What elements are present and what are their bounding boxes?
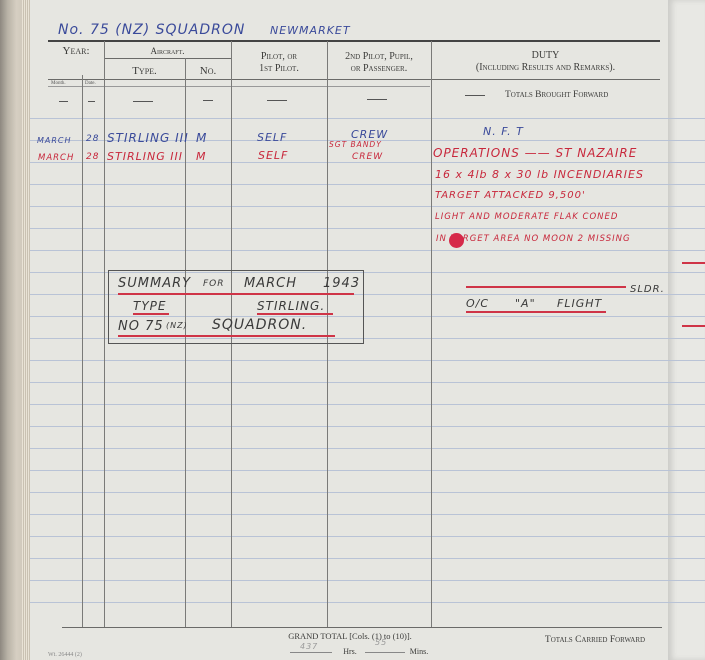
month-date-rule: [48, 86, 430, 87]
summary-type-value: STIRLING.: [257, 299, 325, 313]
mins-line: [365, 652, 405, 653]
signature-line: [466, 286, 626, 288]
month-header: Month.: [51, 81, 66, 86]
col-divider-date: [104, 41, 105, 627]
no-header: No.: [185, 65, 231, 77]
next-page-edge: [668, 0, 705, 660]
summary-for: FOR: [203, 279, 225, 289]
entry-2-month: MARCH: [38, 153, 74, 163]
station-heading: NEWMARKET: [270, 24, 351, 37]
totals-brought-forward: Totals Brought Forward: [505, 89, 655, 101]
aircraft-header: Aircraft.: [104, 45, 231, 57]
summary-underline-3: [118, 335, 335, 337]
ink-blot: [449, 233, 464, 248]
entry-2-duty: OPERATIONS —— ST NAZAIRE: [433, 146, 637, 160]
second-pilot-header-line1: 2nd Pilot, Pupil,: [327, 51, 431, 63]
grand-total-label: GRAND TOTAL [Cols. (1) to (10)].: [260, 630, 440, 642]
year-header: Year:: [48, 45, 104, 57]
entry-2-type: STIRLING III: [107, 150, 183, 163]
col-divider-month: [82, 75, 83, 627]
entry-2-passenger: CREW: [352, 152, 383, 162]
remark-target-attacked: TARGET ATTACKED 9,500': [435, 190, 586, 201]
remark-flak: LIGHT AND MODERATE FLAK CONED: [435, 212, 618, 222]
summary-type-label: TYPE: [133, 299, 166, 313]
second-pilot-header: 2nd Pilot, Pupil, or Passenger.: [327, 51, 431, 75]
signature-flight: FLIGHT: [557, 297, 602, 310]
second-pilot-header-line2: or Passenger.: [327, 63, 431, 75]
summary-squadron-label: SQUADRON.: [212, 317, 307, 333]
entry-2-pilot: SELF: [258, 149, 288, 162]
dash: [59, 101, 68, 102]
entry-2-date: 28: [86, 152, 99, 162]
next-page-mark: [682, 325, 705, 327]
summary-label: SUMMARY: [118, 276, 191, 291]
summary-month: MARCH: [244, 276, 297, 291]
summary-squadron-no: NO 75: [118, 319, 164, 334]
summary-underline-2a: [133, 313, 169, 315]
pilot-header-line1: Pilot, or: [231, 51, 327, 63]
hrs-line: [290, 652, 332, 653]
hrs-label: Hrs.: [338, 646, 362, 658]
totals-carried-forward: Totals Carried Forward: [520, 634, 670, 646]
pilot-header-line2: 1st Pilot.: [231, 63, 327, 75]
entry-1-type: STIRLING III: [107, 131, 189, 145]
col-divider-passenger: [431, 41, 432, 627]
remark-bomb-load: 16 x 4lb 8 x 30 lb INCENDIARIES: [435, 168, 644, 181]
duty-header: DUTY (Including Results and Remarks).: [431, 50, 660, 74]
dash: [465, 95, 485, 96]
grand-total-mins: 55: [375, 638, 387, 647]
entry-1-date: 28: [86, 134, 99, 144]
next-page-mark: [682, 262, 705, 264]
dash: [133, 101, 153, 102]
signature-rank: SLDR.: [630, 284, 665, 295]
footer-rule: [62, 627, 662, 628]
signature-oc: O/C: [466, 297, 489, 310]
entry-1-month: MARCH: [37, 136, 72, 145]
summary-year: 1943: [323, 276, 360, 291]
header-bottom-rule: [48, 79, 660, 80]
duty-header-line1: DUTY: [431, 50, 660, 62]
entry-2-passenger-note: SGT BANDY: [329, 140, 382, 149]
signature-underline: [466, 311, 606, 313]
mins-label: Mins.: [404, 646, 434, 658]
squadron-heading: No. 75 (NZ) SQUADRON: [58, 22, 245, 38]
date-header: Date.: [85, 81, 96, 86]
logbook-page: No. 75 (NZ) SQUADRON NEWMARKET Year: Mon…: [0, 0, 705, 660]
page-edges: [22, 0, 30, 660]
signature-flight-letter: "A": [515, 297, 536, 310]
print-code: Wt. 26444 (2): [48, 652, 82, 658]
entry-1-duty: N. F. T: [483, 125, 524, 138]
dash: [88, 101, 95, 102]
header-top-rule: [48, 40, 660, 42]
grand-total-hrs: 437: [300, 642, 318, 651]
remark-target-area: IN TARGET AREA NO MOON 2 MISSING: [436, 234, 631, 244]
entry-2-no: M: [196, 150, 207, 163]
dash: [367, 99, 387, 100]
dash: [267, 100, 287, 101]
summary-underline-1: [118, 293, 354, 295]
entry-1-pilot: SELF: [257, 131, 287, 144]
dash: [203, 100, 213, 101]
entry-1-no: M: [196, 131, 207, 145]
duty-header-line2: (Including Results and Remarks).: [431, 62, 660, 74]
type-header: Type.: [104, 65, 185, 77]
aircraft-subheader-rule: [104, 58, 231, 59]
summary-squadron-nz: (NZ): [166, 321, 188, 330]
summary-underline-2b: [257, 313, 333, 315]
pilot-header: Pilot, or 1st Pilot.: [231, 51, 327, 75]
